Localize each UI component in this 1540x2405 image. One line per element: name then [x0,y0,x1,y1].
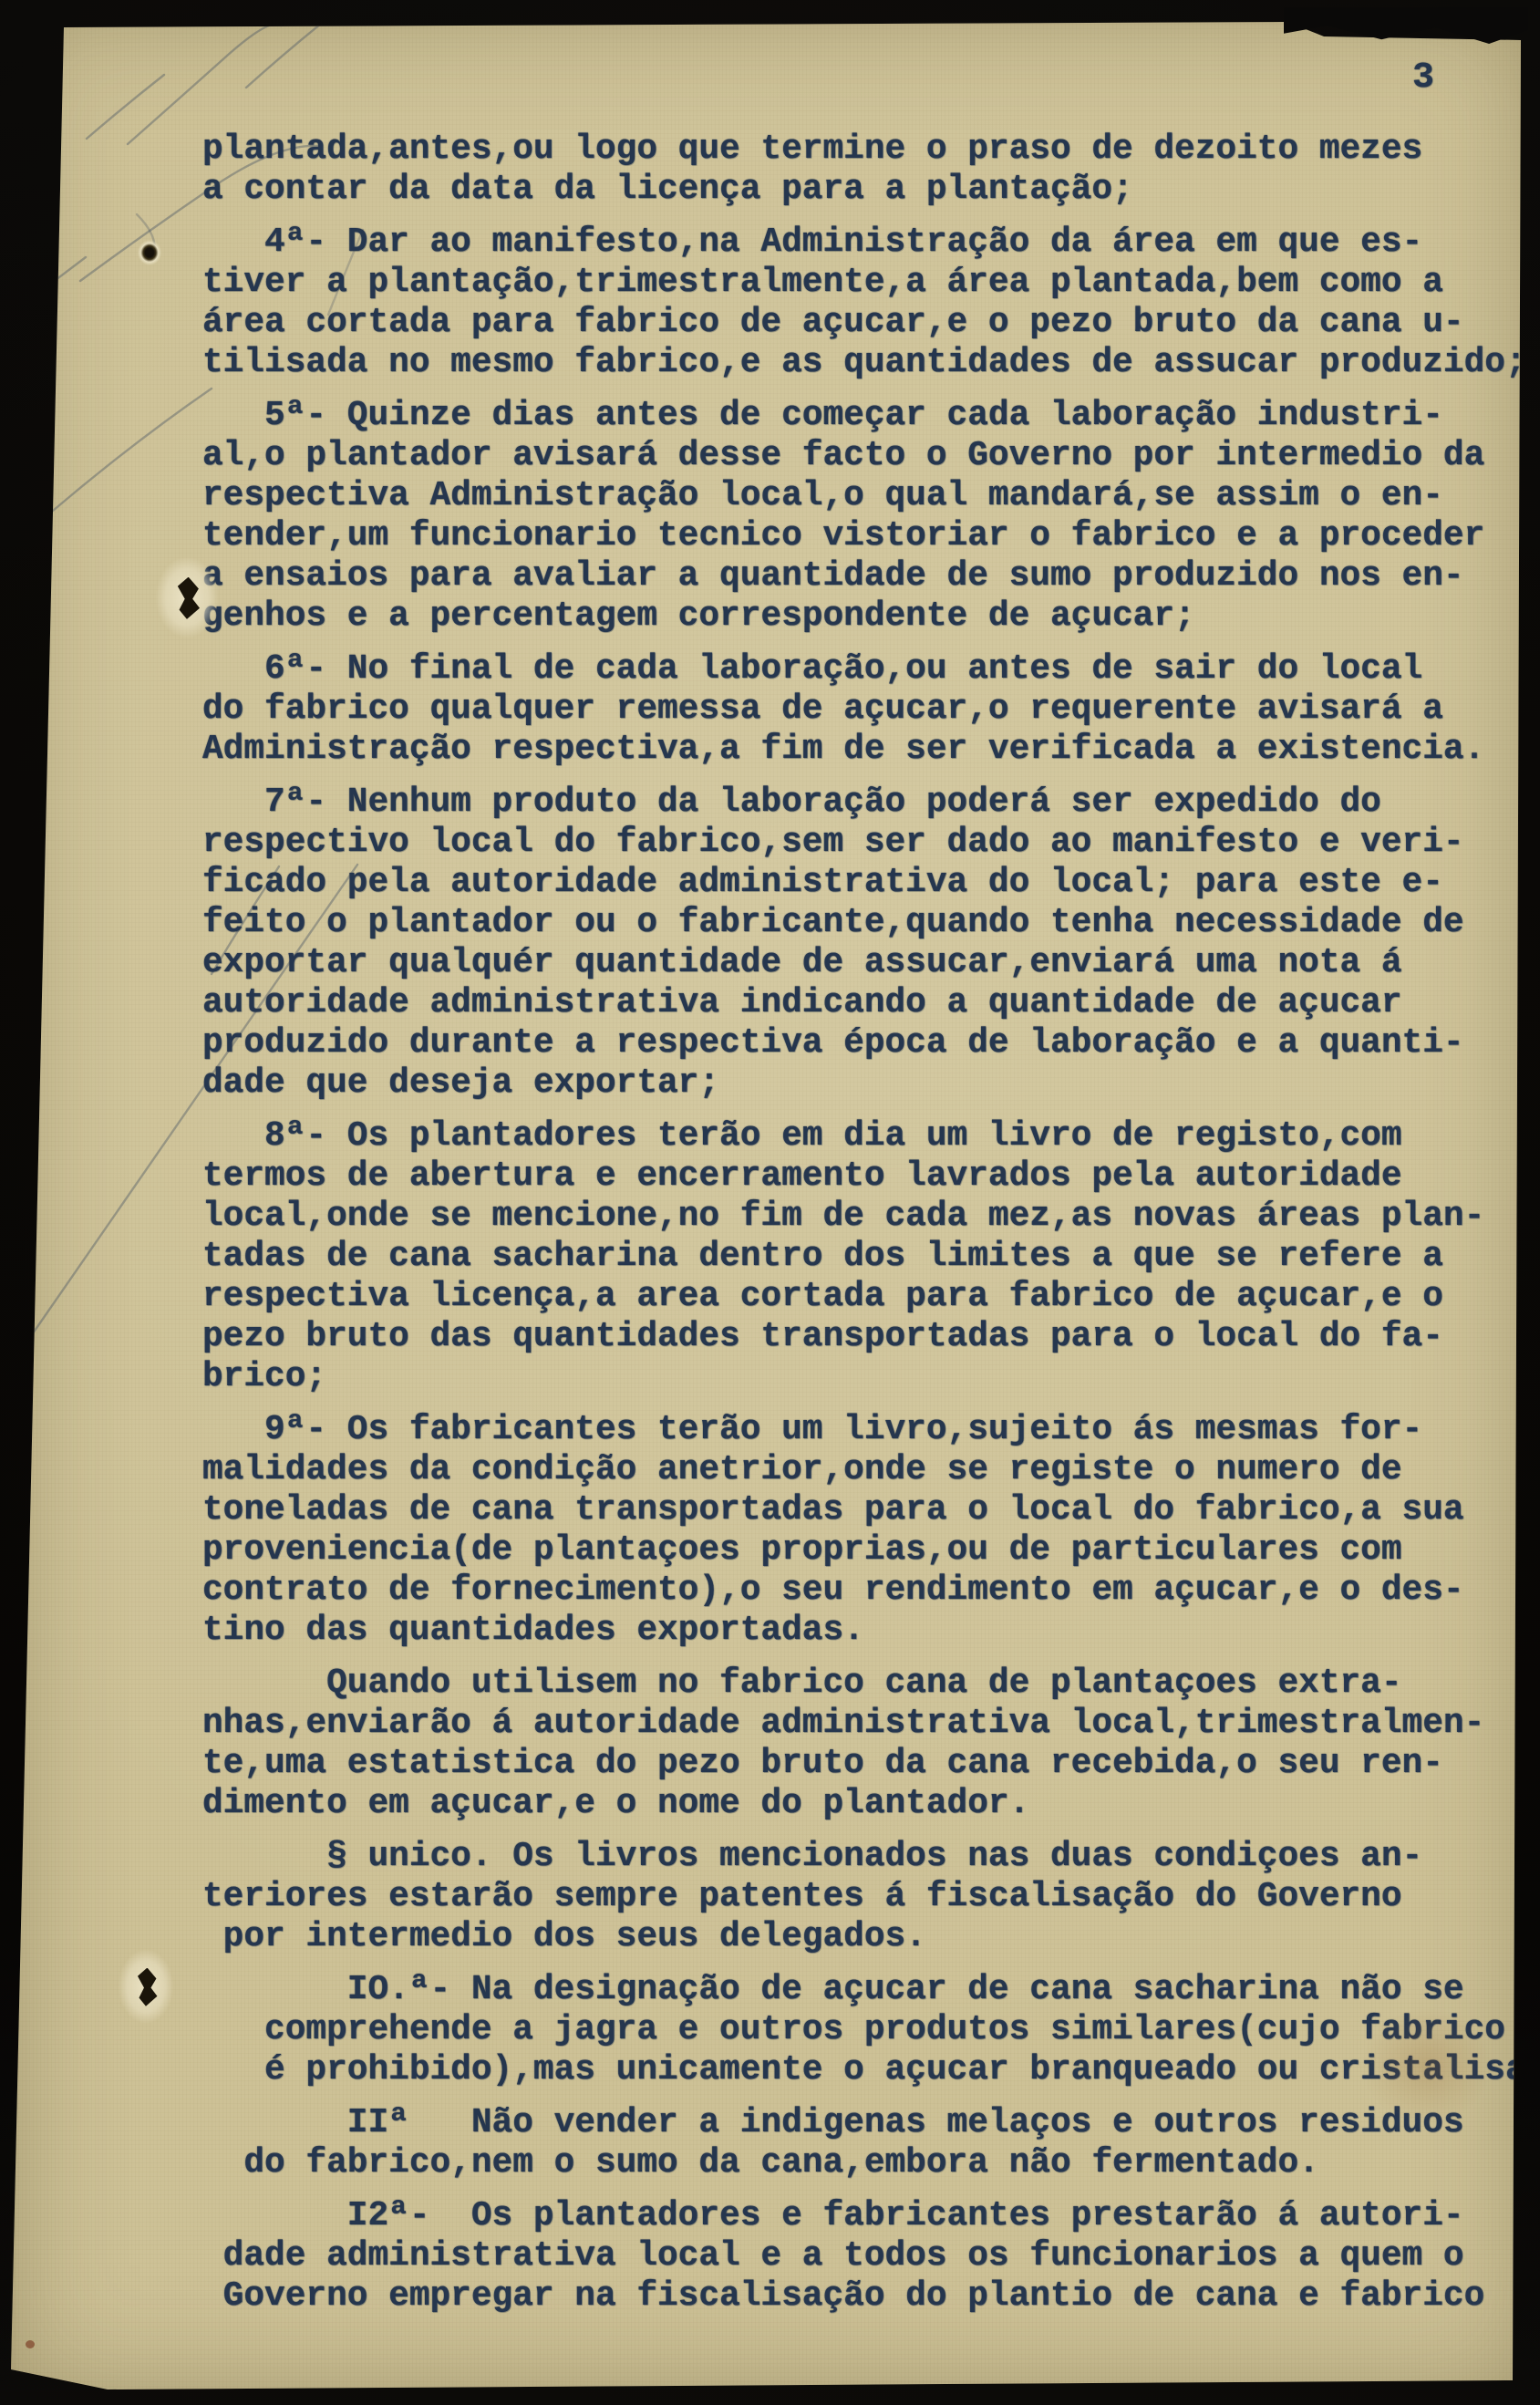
text-line: comprehende a jagra e outros produtos si… [202,2010,1540,2050]
text-line: brico; [202,1357,1540,1397]
text-line: dade administrativa local e a todos os f… [202,2236,1540,2276]
text-line: nhas,enviarão á autoridade administrativ… [202,1704,1540,1744]
text-line: é prohibido),mas unicamente o açucar bra… [202,2050,1540,2090]
text-line: Administração respectiva,a fim de ser ve… [202,730,1540,770]
text-line: por intermedio dos seus delegados. [202,1917,1540,1957]
paragraph: 8ª- Os plantadores terão em dia um livro… [202,1116,1540,1397]
text-line: toneladas de cana transportadas para o l… [202,1490,1540,1530]
text-line: 7ª- Nenhum produto da laboração poderá s… [202,783,1540,823]
text-line: termos de abertura e encerramento lavrad… [202,1156,1540,1197]
text-line: Quando utilisem no fabrico cana de plant… [202,1664,1540,1704]
paragraph: IO.ª- Na designação de açucar de cana sa… [202,1970,1540,2090]
paragraph: 5ª- Quinze dias antes de começar cada la… [202,396,1540,637]
paper-sheet: 3 plantada,antes,ou logo que termine o p… [0,0,1540,2405]
text-line: área cortada para fabrico de açucar,e o … [202,303,1540,343]
punch-hole-icon [135,237,164,268]
text-line: al,o plantador avisará desse facto o Gov… [202,436,1540,476]
text-line: exportar qualquér quantidade de assucar,… [202,943,1540,983]
text-line: ficado pela autoridade administrativa do… [202,863,1540,903]
paragraph: § unico. Os livros mencionados nas duas … [202,1837,1540,1957]
text-line: 5ª- Quinze dias antes de começar cada la… [202,396,1540,436]
text-line: autoridade administrativa indicando a qu… [202,983,1540,1023]
text-line: 6ª- No final de cada laboração,ou antes … [202,649,1540,689]
text-line: do fabrico,nem o sumo da cana,embora não… [202,2143,1540,2183]
text-line: teriores estarão sempre patentes á fisca… [202,1877,1540,1917]
text-line: feito o plantador ou o fabricante,quando… [202,903,1540,943]
text-line: malidades da condição anetrior,onde se r… [202,1450,1540,1490]
paragraph: plantada,antes,ou logo que termine o pra… [202,130,1540,210]
scanned-page: { "page": { "number_label": "3" }, "colo… [0,0,1540,2405]
text-line: § unico. Os livros mencionados nas duas … [202,1837,1540,1877]
text-line: respectiva Administração local,o qual ma… [202,476,1540,516]
text-line: pezo bruto das quantidades transportadas… [202,1317,1540,1357]
paragraph: I2ª- Os plantadores e fabricantes presta… [202,2196,1540,2317]
text-line: tino das quantidades exportadas. [202,1611,1540,1651]
text-line: tadas de cana sacharina dentro dos limit… [202,1237,1540,1277]
tear-hole-icon [162,565,212,629]
text-line: I2ª- Os plantadores e fabricantes presta… [202,2196,1540,2236]
document-body: plantada,antes,ou logo que termine o pra… [202,130,1540,2317]
paper-stain [1340,1988,1514,2143]
text-line: tiver a plantação,trimestralmente,a área… [202,263,1540,303]
text-line: dade que deseja exportar; [202,1063,1540,1104]
text-line: IO.ª- Na designação de açucar de cana sa… [202,1970,1540,2010]
text-line: plantada,antes,ou logo que termine o pra… [202,130,1540,170]
text-line: proveniencia(de plantaçoes proprias,ou d… [202,1530,1540,1571]
page-number: 3 [1412,60,1434,97]
text-line: a ensaios para avaliar a quantidade de s… [202,556,1540,596]
paragraph: Quando utilisem no fabrico cana de plant… [202,1664,1540,1824]
text-line: a contar da data da licença para a plant… [202,170,1540,210]
text-line: 9ª- Os fabricantes terão um livro,sujeit… [202,1410,1540,1450]
text-line: tilisada no mesmo fabrico,e as quantidad… [202,343,1540,383]
text-line: do fabrico qualquer remessa de açucar,o … [202,689,1540,730]
paragraph: 9ª- Os fabricantes terão um livro,sujeit… [202,1410,1540,1651]
text-line: te,uma estatistica do pezo bruto da cana… [202,1744,1540,1784]
text-line: produzido durante a respectiva época de … [202,1023,1540,1063]
text-line: IIª Não vender a indigenas melaços e out… [202,2103,1540,2143]
paragraph: IIª Não vender a indigenas melaços e out… [202,2103,1540,2183]
paragraph: 4ª- Dar ao manifesto,na Administração da… [202,223,1540,383]
text-line: Governo empregar na fiscalisação do plan… [202,2276,1540,2317]
paragraph: 6ª- No final de cada laboração,ou antes … [202,649,1540,770]
paragraph: 7ª- Nenhum produto da laboração poderá s… [202,783,1540,1104]
text-line: respectiva licença,a area cortada para f… [202,1277,1540,1317]
text-line: dimento em açucar,e o nome do plantador. [202,1784,1540,1824]
text-line: respectivo local do fabrico,sem ser dado… [202,823,1540,863]
paper-speck [26,2340,35,2348]
tear-hole-icon [124,1957,168,2016]
text-line: 4ª- Dar ao manifesto,na Administração da… [202,223,1540,263]
text-line: tender,um funcionario tecnico vistoriar … [202,516,1540,556]
text-line: genhos e a percentagem correspondente de… [202,596,1540,637]
text-line: local,onde se mencione,no fim de cada me… [202,1197,1540,1237]
text-line: 8ª- Os plantadores terão em dia um livro… [202,1116,1540,1156]
text-line: contrato de fornecimento),o seu rendimen… [202,1571,1540,1611]
